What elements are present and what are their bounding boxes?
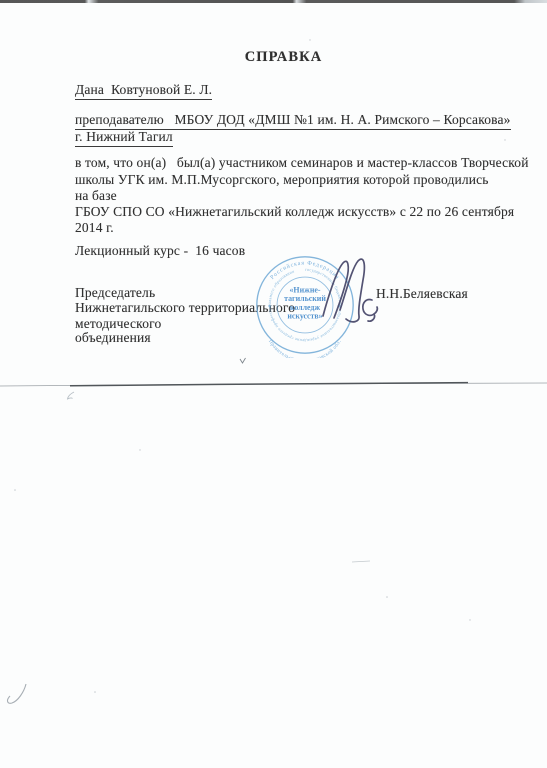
- handwritten-signature: [312, 253, 382, 328]
- course-hours-line: Лекционный курс - 16 часов: [75, 243, 245, 259]
- pencil-squiggle-artifact: [68, 392, 75, 399]
- document-title: СПРАВКА: [10, 49, 547, 66]
- body-line-2: школы УГК им. М.П.Мусоргского, мероприят…: [75, 172, 489, 188]
- signer-title-line-1: Председатель: [75, 285, 155, 301]
- faint-dash-artifact: [352, 561, 370, 562]
- signer-title-line-4: объединения: [75, 330, 151, 346]
- body-line-1: в том, что он(а) был(а) участником семин…: [75, 155, 529, 171]
- recipient-position-line: преподавателю МБОУ ДОД «ДМШ №1 им. Н. А.…: [75, 112, 511, 128]
- stamp-star-left: ✶: [267, 304, 271, 310]
- pencil-curve-artifact: [8, 684, 26, 703]
- recipient-name-text: Дана Ковтуновой Е. Л.: [75, 82, 212, 100]
- recipient-city-line: г. Нижний Тагил: [75, 129, 173, 145]
- scan-fold-line-dark: [70, 383, 468, 386]
- scanner-edge-artifact: [0, 0, 547, 3]
- recipient-city-text: г. Нижний Тагил: [75, 129, 173, 147]
- check-mark-artifact: [240, 358, 246, 363]
- body-line-5: 2014 г.: [75, 220, 114, 236]
- scan-fold-line-light: [0, 383, 547, 386]
- signer-name: Н.Н.Беляевская: [376, 286, 468, 302]
- scanned-certificate-page: СПРАВКА Дана Ковтуновой Е. Л. преподават…: [0, 0, 547, 768]
- recipient-name-line: Дана Ковтуновой Е. Л.: [75, 82, 212, 98]
- recipient-position-text: преподавателю МБОУ ДОД «ДМШ №1 им. Н. А.…: [75, 112, 511, 130]
- body-line-3: на базе: [75, 188, 117, 204]
- body-line-4: ГБОУ СПО СО «Нижнетагильский колледж иск…: [75, 204, 514, 220]
